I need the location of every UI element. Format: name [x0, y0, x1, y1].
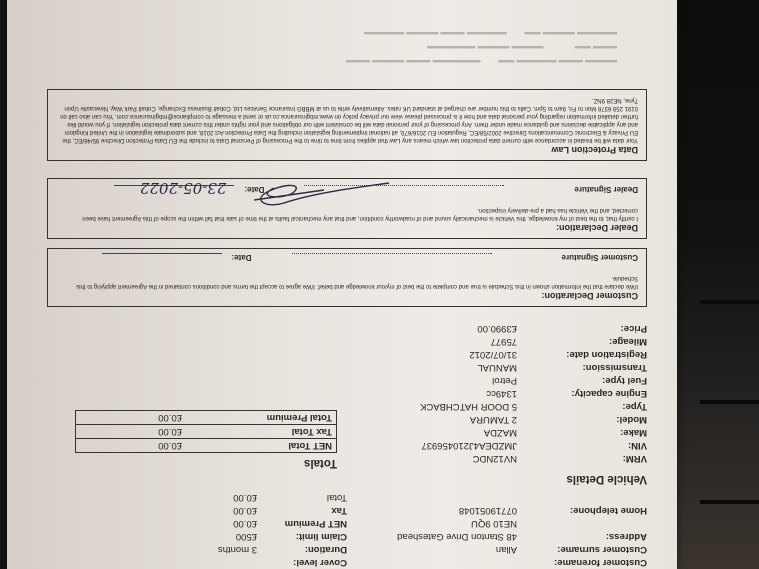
data-protection-title: Data Protection Law: [56, 146, 638, 154]
totals-heading: Totals: [75, 457, 337, 469]
document-rotated: Customer forename: Cover level: Customer…: [0, 0, 759, 569]
customer-date-line: [102, 253, 222, 264]
totals-section: Totals NET Total £0.00Tax Total £0.00Tot…: [75, 410, 337, 469]
vehicle-field-label: VIN:: [517, 439, 647, 452]
duration: 3 months: [187, 543, 257, 556]
address-line2: NE10 9QU: [347, 517, 517, 530]
vehicle-field-label: VRM:: [517, 452, 647, 465]
customer-surname: Allan: [347, 543, 517, 556]
label: Home telephone:: [517, 504, 647, 517]
totals-value: £0.00: [158, 411, 182, 424]
vehicle-details-list: VRM: NV12NDCVIN: JMZDEA4J210456937Make: …: [347, 322, 647, 465]
totals-value: £0.00: [158, 439, 182, 452]
vehicle-field-value: Petrol: [347, 374, 517, 387]
vehicle-field-row: Engine capacity: 1349cc: [347, 387, 647, 400]
label: Address:: [517, 530, 647, 543]
vehicle-field-row: Registration date: 31/07/2012: [347, 348, 647, 361]
vehicle-field-label: Type:: [517, 400, 647, 413]
dealer-date-line: 23-05-2022: [114, 185, 234, 196]
totals-label: NET Total: [182, 439, 332, 452]
dealer-date-handwritten: 23-05-2022: [140, 184, 226, 192]
dealer-signature-label: Dealer Signature: [574, 185, 638, 193]
totals-label: Tax Total: [182, 425, 332, 438]
data-protection: Data Protection Law Your data will be tr…: [47, 89, 647, 161]
label: Cover level:: [257, 556, 347, 569]
tax: £0.00: [187, 504, 257, 517]
vehicle-field-value: NV12NDC: [347, 452, 517, 465]
vehicle-field-value: 5 DOOR HATCHBACK: [347, 400, 517, 413]
vehicle-field-value: 2 TAMURA: [347, 413, 517, 426]
vehicle-field-row: Make: MAZDA: [347, 426, 647, 439]
vehicle-field-row: Mileage: 75977: [347, 335, 647, 348]
address-line1: 48 Stanton Drive Gateshead: [347, 530, 517, 543]
vehicle-field-row: Fuel type: Petrol: [347, 374, 647, 387]
dealer-declaration-text: I certify that, to the best of my knowle…: [56, 206, 638, 222]
vehicle-field-value: 31/07/2012: [347, 348, 517, 361]
vehicle-field-label: Make:: [517, 426, 647, 439]
warranty-schedule-page: Customer forename: Cover level: Customer…: [7, 0, 677, 569]
vehicle-field-label: Mileage:: [517, 335, 647, 348]
label: Duration:: [257, 543, 347, 556]
vehicle-details-heading: Vehicle Details: [566, 473, 647, 485]
label: Claim limit:: [257, 530, 347, 543]
home-phone: 07719051048: [347, 504, 517, 517]
vehicle-field-row: VRM: NV12NDC: [347, 452, 647, 465]
vehicle-field-label: Registration date:: [517, 348, 647, 361]
label: NET Premium: [257, 517, 347, 530]
totals-row: Total Premium £0.00: [76, 411, 336, 424]
customer-signature-label: Customer Signature: [562, 253, 638, 261]
signature-scribble-icon: [244, 178, 394, 208]
customer-date-label: Date:: [232, 253, 252, 261]
vehicle-field-value: £3990.00: [347, 322, 517, 335]
totals-row: NET Total £0.00: [76, 438, 336, 452]
label: Total: [257, 491, 347, 504]
customer-declaration-text: I/We declare that the information shown …: [56, 274, 638, 290]
vehicle-field-value: 1349cc: [347, 387, 517, 400]
vehicle-field-value: MANUAL: [347, 361, 517, 374]
customer-section: Customer forename: Cover level: Customer…: [187, 491, 647, 569]
vehicle-field-row: Price: £3990.00: [347, 322, 647, 335]
label: Tax: [257, 504, 347, 517]
vehicle-field-label: Transmission:: [517, 361, 647, 374]
vehicle-field-value: JMZDEA4J210456937: [347, 439, 517, 452]
vehicle-field-value: MAZDA: [347, 426, 517, 439]
totals-row: Tax Total £0.00: [76, 424, 336, 438]
claim-limit: £500: [187, 530, 257, 543]
dealer-declaration: Dealer Declaration: I certify that, to t…: [47, 178, 647, 239]
net-premium: £0.00: [187, 517, 257, 530]
totals-label: Total Premium: [182, 411, 332, 424]
customer-signature-line: [292, 253, 492, 264]
vehicle-field-value: 75977: [347, 335, 517, 348]
vehicle-field-label: Fuel type:: [517, 374, 647, 387]
data-protection-text: Your data will be treated in accordance …: [56, 96, 638, 144]
vehicle-field-label: Price:: [517, 322, 647, 335]
vehicle-field-row: Model: 2 TAMURA: [347, 413, 647, 426]
totals-box: NET Total £0.00Tax Total £0.00Total Prem…: [75, 410, 337, 453]
label: Customer surname:: [517, 543, 647, 556]
label: Customer forename:: [517, 556, 647, 569]
reverse-show-through: ▬▬▬▬ ▬▬▬ ▬▬▬▬▬ ▬▬ ▬▬▬▬▬▬ ▬▬▬ ▬▬▬▬ ▬▬▬ ▬▬…: [57, 27, 617, 69]
vehicle-field-row: Type: 5 DOOR HATCHBACK: [347, 400, 647, 413]
vehicle-field-row: VIN: JMZDEA4J210456937: [347, 439, 647, 452]
total: £0.00: [187, 491, 257, 504]
vehicle-field-label: Engine capacity:: [517, 387, 647, 400]
totals-value: £0.00: [158, 425, 182, 438]
vehicle-field-label: Model:: [517, 413, 647, 426]
dealer-declaration-title: Dealer Declaration:: [56, 224, 638, 232]
customer-declaration: Customer Declaration: I/We declare that …: [47, 248, 647, 307]
customer-declaration-title: Customer Declaration:: [56, 292, 638, 300]
vehicle-field-row: Transmission: MANUAL: [347, 361, 647, 374]
